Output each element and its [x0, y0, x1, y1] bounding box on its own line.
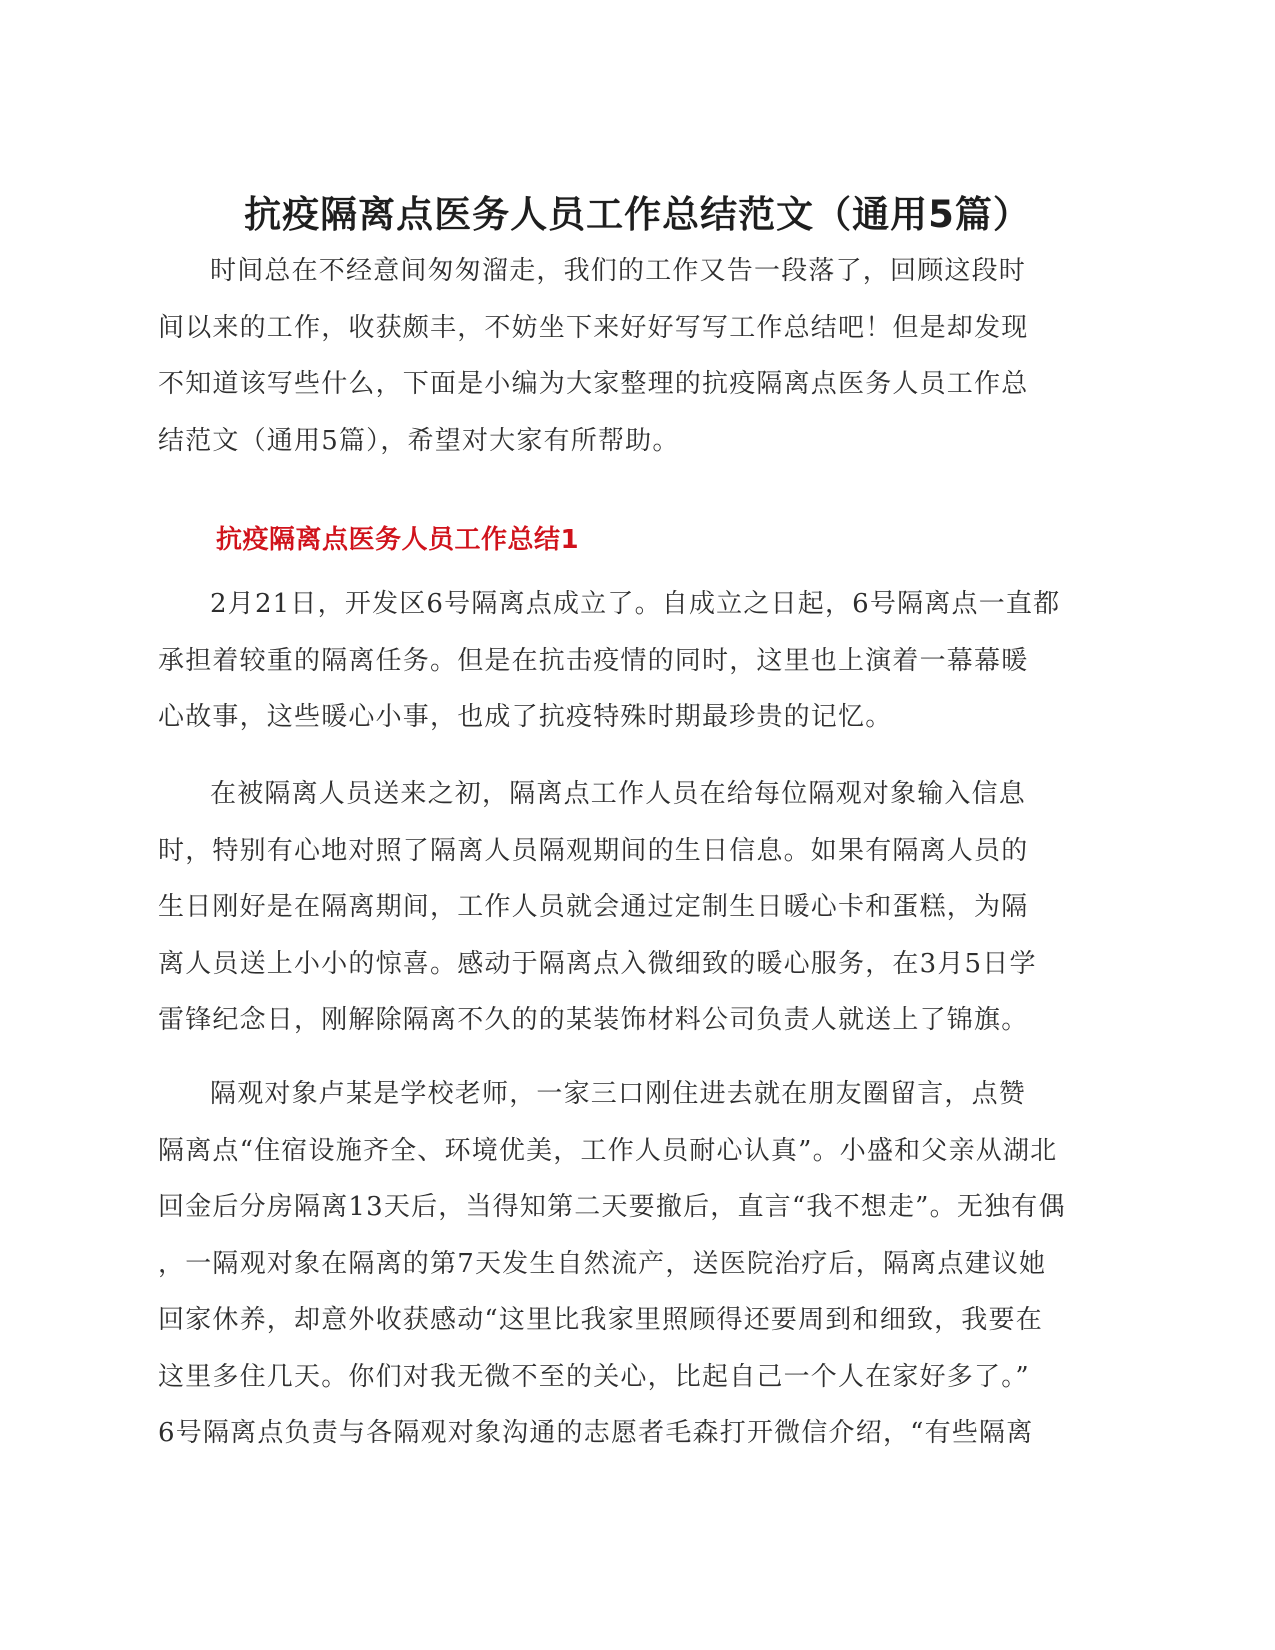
paragraph-line: 2月21日，开发区6号隔离点成立了。自成立之日起，6号隔离点一直都 — [158, 576, 1114, 633]
paragraph-line: 隔离点“住宿设施齐全、环境优美，工作人员耐心认真”。小盛和父亲从湖北 — [158, 1123, 1114, 1180]
paragraph-line: 心故事，这些暖心小事，也成了抗疫特殊时期最珍贵的记忆。 — [158, 689, 1114, 746]
paragraph-line: 承担着较重的隔离任务。但是在抗击疫情的同时，这里也上演着一幕幕暖 — [158, 633, 1114, 690]
paragraph-line: 生日刚好是在隔离期间，工作人员就会通过定制生日暖心卡和蛋糕，为隔 — [158, 879, 1114, 936]
paragraph-line: 回家休养，却意外收获感动“这里比我家里照顾得还要周到和细致，我要在 — [158, 1292, 1114, 1349]
section-heading: 抗疫隔离点医务人员工作总结1 — [216, 523, 579, 557]
paragraph-line: 这里多住几天。你们对我无微不至的关心，比起自己一个人在家好多了。” — [158, 1349, 1114, 1406]
section-paragraph-1: 2月21日，开发区6号隔离点成立了。自成立之日起，6号隔离点一直都 承担着较重的… — [158, 576, 1114, 746]
paragraph-line: 雷锋纪念日，刚解除隔离不久的的某装饰材料公司负责人就送上了锦旗。 — [158, 992, 1114, 1049]
intro-line: 结范文（通用5篇），希望对大家有所帮助。 — [158, 413, 1114, 470]
section-paragraph-3: 隔观对象卢某是学校老师，一家三口刚住进去就在朋友圈留言，点赞 隔离点“住宿设施齐… — [158, 1066, 1114, 1462]
intro-line: 时间总在不经意间匆匆溜走，我们的工作又告一段落了，回顾这段时 — [158, 243, 1114, 300]
section-paragraph-2: 在被隔离人员送来之初，隔离点工作人员在给每位隔观对象输入信息 时，特别有心地对照… — [158, 766, 1114, 1049]
paragraph-line: 6号隔离点负责与各隔观对象沟通的志愿者毛森打开微信介绍，“有些隔离 — [158, 1405, 1114, 1462]
document-page: 抗疫隔离点医务人员工作总结范文（通用5篇） 时间总在不经意间匆匆溜走，我们的工作… — [0, 0, 1275, 1650]
document-title: 抗疫隔离点医务人员工作总结范文（通用5篇） — [0, 193, 1275, 237]
intro-line: 不知道该写些什么，下面是小编为大家整理的抗疫隔离点医务人员工作总 — [158, 356, 1114, 413]
paragraph-line: 时，特别有心地对照了隔离人员隔观期间的生日信息。如果有隔离人员的 — [158, 823, 1114, 880]
paragraph-line: 隔观对象卢某是学校老师，一家三口刚住进去就在朋友圈留言，点赞 — [158, 1066, 1114, 1123]
paragraph-line: 回金后分房隔离13天后，当得知第二天要撤后，直言“我不想走”。无独有偶 — [158, 1179, 1114, 1236]
intro-line: 间以来的工作，收获颇丰，不妨坐下来好好写写工作总结吧！但是却发现 — [158, 300, 1114, 357]
intro-paragraph: 时间总在不经意间匆匆溜走，我们的工作又告一段落了，回顾这段时 间以来的工作，收获… — [158, 243, 1114, 469]
paragraph-line: ，一隔观对象在隔离的第7天发生自然流产，送医院治疗后，隔离点建议她 — [158, 1236, 1114, 1293]
paragraph-line: 离人员送上小小的惊喜。感动于隔离点入微细致的暖心服务，在3月5日学 — [158, 936, 1114, 993]
paragraph-line: 在被隔离人员送来之初，隔离点工作人员在给每位隔观对象输入信息 — [158, 766, 1114, 823]
